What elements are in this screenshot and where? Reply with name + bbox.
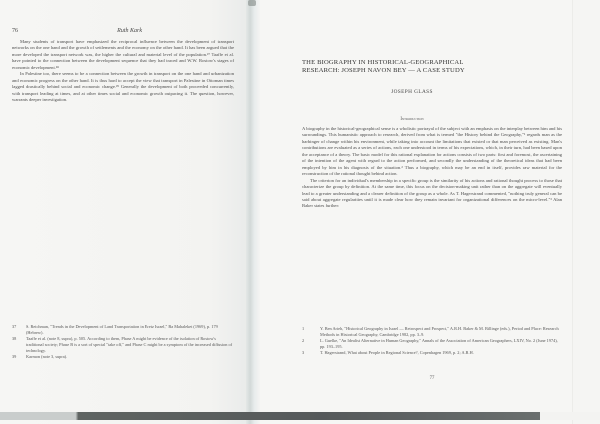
footnote: 3 T. Hagerstrand, What about People in R… — [302, 350, 562, 356]
footnote-number: 2 — [302, 338, 320, 350]
book-spread: 76 Ruth Kark Many students of transport … — [0, 0, 600, 424]
footnote: 2 L. Guelke, "An Idealist Alternative in… — [302, 338, 562, 350]
scan-artifact — [248, 0, 256, 6]
paragraph: A biography in the historical-geographic… — [302, 126, 562, 178]
footnote-number: 3 — [302, 350, 320, 356]
footnote-text: L. Guelke, "An Idealist Alternative in H… — [320, 338, 562, 350]
footnote-number: 1 — [302, 326, 320, 338]
footnote-text: S. Reichman, "Trends in the Development … — [26, 324, 234, 336]
footnote: 37 S. Reichman, "Trends in the Developme… — [12, 324, 234, 336]
footnote-text: Taaffe et al. (note 8, supra), p. 505. A… — [26, 336, 234, 354]
left-footnotes: 37 S. Reichman, "Trends in the Developme… — [12, 324, 234, 359]
right-footnotes: 1 Y. Ben Arieh, "Historical Geography in… — [302, 326, 562, 356]
footnote-number: 37 — [12, 324, 26, 336]
footnote-text: Karmon (note 3, supra). — [26, 354, 234, 360]
footnote: 1 Y. Ben Arieh, "Historical Geography in… — [302, 326, 562, 338]
paragraph: In Palestine too, there seems to be a co… — [12, 71, 234, 103]
left-page-number: 76 — [12, 28, 18, 34]
footnote-number: 39 — [12, 354, 26, 360]
right-body-text: A biography in the historical-geographic… — [302, 126, 562, 210]
paragraph: The criterion for an individual's member… — [302, 178, 562, 210]
footnote-text: Y. Ben Arieh, "Historical Geography in I… — [320, 326, 562, 338]
left-body-text: Many students of transport have emphasiz… — [12, 39, 234, 104]
footnote: 38 Taaffe et al. (note 8, supra), p. 505… — [12, 336, 234, 354]
author-name: JOSEPH GLASS — [302, 89, 522, 95]
scan-edge-light — [540, 412, 600, 420]
scan-margin — [572, 0, 600, 424]
running-head-title: Ruth Kark — [117, 28, 142, 34]
footnote-text: T. Hagerstrand, What about People in Reg… — [320, 350, 562, 356]
paragraph: Many students of transport have emphasiz… — [12, 39, 234, 71]
article-title: THE BIOGRAPHY IN HISTORICAL-GEOGRAPHICAL… — [302, 59, 522, 75]
article-title-line: RESEARCH: JOSEPH NAVON BEY — A CASE STUD… — [302, 67, 522, 75]
article-title-line: THE BIOGRAPHY IN HISTORICAL-GEOGRAPHICAL — [302, 59, 522, 67]
footnote: 39 Karmon (note 3, supra). — [12, 354, 234, 360]
left-running-head: 76 Ruth Kark — [12, 28, 232, 34]
right-page-number: 77 — [302, 376, 562, 381]
book-gutter — [246, 0, 260, 424]
footnote-number: 38 — [12, 336, 26, 354]
scan-edge-shadow — [0, 412, 540, 420]
section-heading: Introduction — [302, 117, 522, 122]
